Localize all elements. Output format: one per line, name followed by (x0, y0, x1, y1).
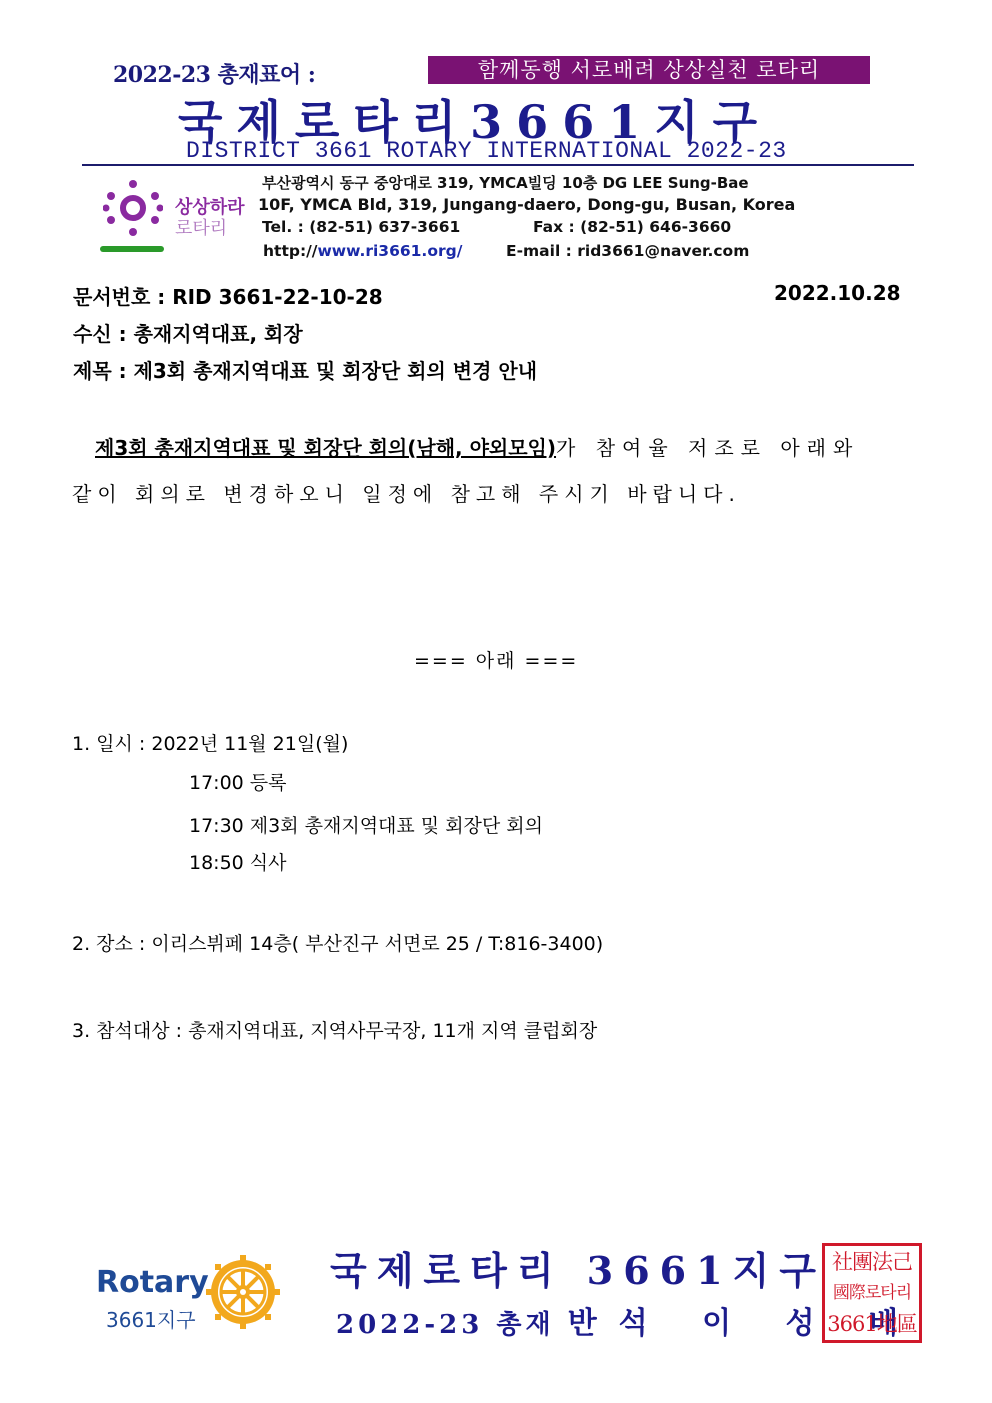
logo-line2: 로타리 (175, 214, 227, 240)
official-seal: 社團法己 國際로타리 3661地區 (822, 1243, 922, 1343)
body-underlined: 제3회 총재지역대표 및 회장단 회의(남해, 야외모임) (95, 436, 556, 460)
seal-line: 社團法己 (825, 1247, 919, 1278)
schedule-item: 17:00 등록 (189, 768, 287, 795)
schedule-item: 17:30 제3회 총재지역대표 및 회장단 회의 (189, 811, 543, 838)
footer-org-title: 국제로타리 3661지구 (330, 1240, 826, 1295)
document-number: 문서번호 : RID 3661-22-10-28 (73, 281, 383, 310)
sun-dots-icon (103, 178, 163, 238)
body-line-2: 같이 회의로 변경하오니 일정에 참고해 주시기 바랍니다. (72, 478, 741, 507)
website-link[interactable]: www.ri3661.org/ (317, 242, 462, 260)
email: E-mail : rid3661@naver.com (506, 242, 749, 260)
seal-line: 國際로타리 (825, 1278, 919, 1309)
address-english: 10F, YMCA Bld, 319, Jungang-daero, Dong-… (258, 195, 795, 214)
recipient: 수신 : 총재지역대표, 회장 (73, 318, 303, 347)
motto-banner: 함께동행 서로배려 상상실천 로타리 (428, 56, 870, 84)
rotary-wordmark: Rotary (96, 1265, 209, 1300)
website: http://www.ri3661.org/ (263, 242, 462, 260)
logo-underline (100, 246, 164, 252)
body-line1-rest: 가 참여율 저조로 아래와 (556, 436, 859, 460)
item-datetime: 1. 일시 : 2022년 11월 21일(월) (72, 729, 348, 756)
org-subtitle: DISTRICT 3661 ROTARY INTERNATIONAL 2022-… (186, 138, 787, 164)
item-venue: 2. 장소 : 이리스뷔페 14층( 부산진구 서면로 25 / T:816-3… (72, 929, 603, 956)
tel: Tel. : (82-51) 637-3661 (262, 218, 460, 236)
document-date: 2022.10.28 (774, 281, 901, 305)
seal-line: 3661地區 (825, 1309, 919, 1340)
subject: 제목 : 제3회 총재지역대표 및 회장단 회의 변경 안내 (73, 355, 537, 384)
item-attendees: 3. 참석대상 : 총재지역대표, 지역사무국장, 11개 지역 클럽회장 (72, 1016, 597, 1043)
schedule-item: 18:50 식사 (189, 848, 287, 875)
signature-title: 2022-23 총재 (336, 1310, 555, 1340)
below-marker: === 아래 === (414, 646, 578, 673)
motto-label: 2022-23 총재표어 : (113, 58, 315, 89)
fax: Fax : (82-51) 646-3660 (533, 218, 731, 236)
rotary-wheel-icon (206, 1255, 280, 1329)
body-line-1: 제3회 총재지역대표 및 회장단 회의(남해, 야외모임)가 참여율 저조로 아… (95, 432, 859, 461)
rotary-district: 3661지구 (106, 1304, 196, 1333)
website-prefix: http:// (263, 242, 317, 260)
address-korean: 부산광역시 동구 중앙대로 319, YMCA빌딩 10층 DG LEE Sun… (262, 172, 749, 193)
header-divider (82, 164, 914, 166)
